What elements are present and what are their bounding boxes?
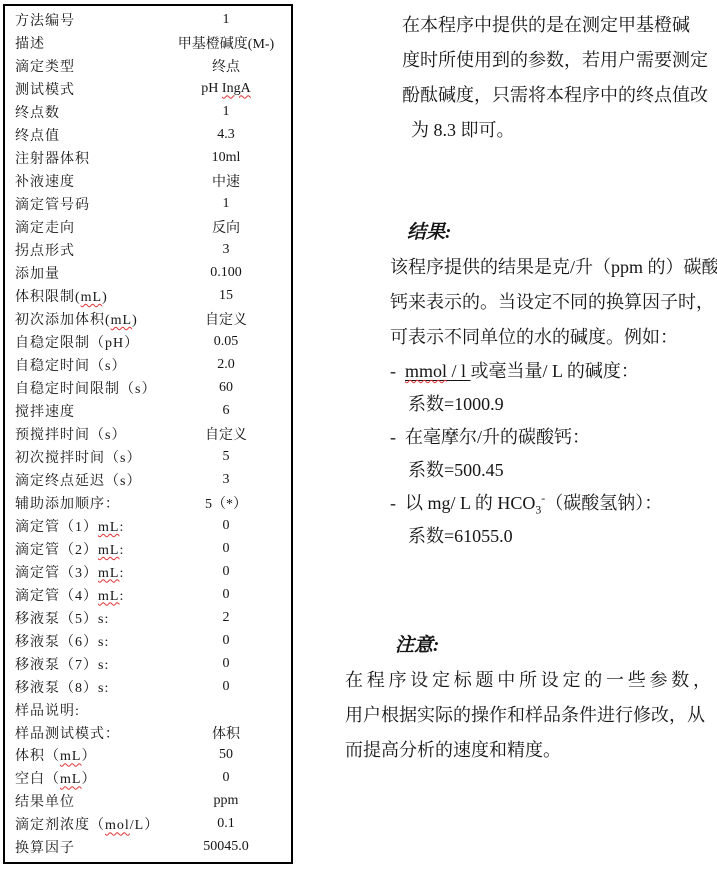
text-segment: 移液泵（8）s: xyxy=(15,681,109,696)
bullet-text: 在毫摩尔/升的碳酸钙： xyxy=(405,421,590,454)
text-segment: 6 xyxy=(223,403,230,418)
text-segment: pH xyxy=(201,81,222,96)
note-section: 注意: 在程序设定标题中所设定的一些参数，用户根据实际的操作和样品条件进行修改，… xyxy=(345,628,711,768)
table-row: 移液泵（7）s:0 xyxy=(15,652,289,675)
text-segment: 0 xyxy=(223,633,230,648)
text-segment: 结果单位 xyxy=(15,795,75,810)
text-segment: 滴定管号码 xyxy=(15,198,90,213)
text-segment: 搅拌速度 xyxy=(15,405,75,420)
text-segment: 滴定管（2） xyxy=(15,543,98,558)
parameter-label: 滴定管（1）mL: xyxy=(15,516,163,536)
text-segment: 1 xyxy=(223,104,230,119)
text-segment: 0 xyxy=(223,770,230,785)
text-segment: 空白（ xyxy=(15,772,60,787)
text-segment: : xyxy=(119,543,124,558)
text-segment: 体积（ xyxy=(15,749,60,764)
parameter-value: 中速 xyxy=(163,171,289,191)
text-segment: mL xyxy=(60,749,81,764)
table-row: 初次添加体积(mL)自定义 xyxy=(15,308,289,331)
parameter-value: pH IngA xyxy=(163,81,289,97)
text-segment: ppm xyxy=(214,793,239,808)
parameter-value: 0 xyxy=(163,518,289,534)
text-segment: 滴定走向 xyxy=(15,221,75,236)
parameter-label: 滴定管（2）mL: xyxy=(15,539,163,559)
text-segment: 滴定管（4） xyxy=(15,589,98,604)
parameter-value: 0 xyxy=(163,564,289,580)
text-segment: 0.05 xyxy=(214,334,239,349)
table-row: 滴定管（3）mL:0 xyxy=(15,560,289,583)
text-segment: 移液泵（6）s: xyxy=(15,635,109,650)
results-section: 结果: 该程序提供的结果是克/升（ppm 的）碳酸钙来表示的。当设定不同的换算因… xyxy=(345,215,711,553)
text-segment: ） xyxy=(81,772,96,787)
parameter-value: 终点 xyxy=(163,56,289,76)
text-segment: 2.0 xyxy=(217,357,235,372)
table-row: 样品测试模式：体积 xyxy=(15,721,289,744)
text-line: 用户根据实际的操作和样品条件进行修改，从 xyxy=(345,698,711,733)
parameter-label: 移液泵（8）s: xyxy=(15,677,163,697)
note-heading: 注意: xyxy=(395,628,711,663)
document-page: 方法编号1描述甲基橙碱度(M-)滴定类型终点测试模式pH IngA终点数1终点值… xyxy=(0,0,717,871)
table-row: 注射器体积10ml xyxy=(15,147,289,170)
parameter-value: 0 xyxy=(163,770,289,786)
bullet-text: mmol / l 或毫当量/ L 的碱度： xyxy=(405,355,639,388)
table-row: 滴定管（2）mL:0 xyxy=(15,537,289,560)
text-segment: 自稳定限制（pH） xyxy=(15,336,139,351)
table-row: 滴定终点延迟（s）3 xyxy=(15,468,289,491)
text-line: 酚酞碱度，只需将本程序中的终点值改 xyxy=(402,78,711,113)
parameter-label: 终点数 xyxy=(15,102,163,122)
parameter-label: 补液速度 xyxy=(15,171,163,191)
text-segment: 甲基橙碱度(M-) xyxy=(178,37,274,52)
parameter-value: 5（*） xyxy=(163,493,289,513)
parameter-value: 0 xyxy=(163,633,289,649)
parameter-label: 滴定剂浓度（mol/L） xyxy=(15,814,163,834)
text-segment: mmol xyxy=(405,361,447,381)
text-segment: 初次添加体积( xyxy=(15,313,111,328)
parameter-label: 滴定终点延迟（s） xyxy=(15,470,163,490)
text-line: 钙来表示的。当设定不同的换算因子时， xyxy=(390,285,711,320)
text-segment: / l xyxy=(447,361,471,381)
parameter-label: 滴定走向 xyxy=(15,217,163,237)
parameter-label: 方法编号 xyxy=(15,10,163,30)
parameter-value: 自定义 xyxy=(163,309,289,329)
table-row: 滴定管（4）mL:0 xyxy=(15,583,289,606)
parameter-label: 描述 xyxy=(15,33,163,53)
table-row: 滴定管号码1 xyxy=(15,193,289,216)
parameter-value: 0 xyxy=(163,541,289,557)
text-segment: mL xyxy=(81,290,102,305)
text-segment: 终点值 xyxy=(15,129,60,144)
parameter-label: 样品测试模式： xyxy=(15,723,163,743)
text-segment: 自稳定时间（s） xyxy=(15,359,126,374)
parameter-label: 添加量 xyxy=(15,263,163,283)
parameter-label: 样品说明: xyxy=(15,700,163,720)
text-line: 该程序提供的结果是克/升（ppm 的）碳酸 xyxy=(390,250,711,285)
parameter-value: 2.0 xyxy=(163,357,289,373)
text-segment: 滴定剂浓度（ xyxy=(15,818,105,833)
text-segment: 预搅拌时间（s） xyxy=(15,428,126,443)
table-row: 体积（mL）50 xyxy=(15,744,289,767)
table-row: 辅助添加顺序：5（*） xyxy=(15,491,289,514)
parameter-value: 0.05 xyxy=(163,334,289,350)
parameter-value: 0 xyxy=(163,656,289,672)
parameter-value: 50045.0 xyxy=(163,839,289,855)
table-row: 滴定走向反向 xyxy=(15,216,289,239)
table-row: 换算因子50045.0 xyxy=(15,836,289,859)
results-heading: 结果: xyxy=(407,215,711,250)
parameter-value: ppm xyxy=(163,793,289,809)
coefficient-line: 系数=61055.0 xyxy=(408,520,711,553)
parameter-label: 移液泵（6）s: xyxy=(15,631,163,651)
text-segment: 添加量 xyxy=(15,267,60,282)
bullet-marker: - xyxy=(390,355,405,388)
results-bullets: -mmol / l 或毫当量/ L 的碱度：系数=1000.9-在毫摩尔/升的碳… xyxy=(390,355,711,553)
text-segment: 移液泵（5）s: xyxy=(15,612,109,627)
coefficient-line: 系数=500.45 xyxy=(408,454,711,487)
text-segment: 15 xyxy=(219,288,233,303)
text-segment: 初次搅拌时间（s） xyxy=(15,451,141,466)
parameter-label: 滴定类型 xyxy=(15,56,163,76)
results-paragraph: 该程序提供的结果是克/升（ppm 的）碳酸钙来表示的。当设定不同的换算因子时，可… xyxy=(390,250,711,355)
text-line: 在程序设定标题中所设定的一些参数， xyxy=(345,663,711,698)
parameter-label: 初次添加体积(mL) xyxy=(15,309,163,329)
text-segment: 反向 xyxy=(212,221,240,236)
text-segment: 10ml xyxy=(212,150,241,165)
parameter-label: 体积（mL） xyxy=(15,745,163,765)
text-segment: 0.100 xyxy=(210,265,242,280)
text-segment: 中速 xyxy=(212,175,240,190)
table-row: 结果单位ppm xyxy=(15,790,289,813)
parameter-label: 移液泵（5）s: xyxy=(15,608,163,628)
table-row: 滴定管（1）mL:0 xyxy=(15,514,289,537)
text-segment: 移液泵（7）s: xyxy=(15,658,109,673)
parameter-value: 甲基橙碱度(M-) xyxy=(163,33,289,53)
parameter-label: 注射器体积 xyxy=(15,148,163,168)
parameter-value: 自定义 xyxy=(163,424,289,444)
table-row: 添加量0.100 xyxy=(15,262,289,285)
parameter-label: 自稳定限制（pH） xyxy=(15,332,163,352)
text-segment: 自定义 xyxy=(205,428,247,443)
text-segment: ） xyxy=(81,749,96,764)
parameter-value: 1 xyxy=(163,104,289,120)
table-row: 终点值4.3 xyxy=(15,124,289,147)
parameter-label: 预搅拌时间（s） xyxy=(15,424,163,444)
text-segment: 50045.0 xyxy=(203,839,249,854)
table-row: 拐点形式3 xyxy=(15,239,289,262)
text-segment: 0 xyxy=(223,679,230,694)
text-segment: 测试模式 xyxy=(15,83,75,98)
text-segment: 60 xyxy=(219,380,233,395)
bullet-marker: - xyxy=(390,421,405,454)
text-segment: 终点 xyxy=(212,60,240,75)
parameter-label: 换算因子 xyxy=(15,837,163,857)
parameter-label: 拐点形式 xyxy=(15,240,163,260)
text-segment: 3 xyxy=(223,242,230,257)
parameter-value: 5 xyxy=(163,449,289,465)
text-line: 度时所使用到的参数，若用户需要测定 xyxy=(402,43,711,78)
note-paragraph: 在程序设定标题中所设定的一些参数，用户根据实际的操作和样品条件进行修改，从而提高… xyxy=(345,663,711,768)
text-segment: mL xyxy=(98,520,119,535)
bullet-item: -在毫摩尔/升的碳酸钙： xyxy=(390,421,711,454)
parameter-label: 结果单位 xyxy=(15,791,163,811)
coefficient-line: 系数=1000.9 xyxy=(408,388,711,421)
text-segment: mL xyxy=(98,566,119,581)
parameter-value: 0.100 xyxy=(163,265,289,281)
parameter-label: 自稳定时间（s） xyxy=(15,355,163,375)
parameter-value: 1 xyxy=(163,12,289,28)
parameter-value: 10ml xyxy=(163,150,289,166)
text-segment: 辅助添加顺序： xyxy=(15,497,120,512)
text-segment: 0 xyxy=(223,564,230,579)
parameter-label: 测试模式 xyxy=(15,79,163,99)
table-row: 滴定类型终点 xyxy=(15,55,289,78)
table-row: 补液速度中速 xyxy=(15,170,289,193)
text-segment: 滴定终点延迟（s） xyxy=(15,474,141,489)
text-segment: 4.3 xyxy=(217,127,235,142)
parameter-value: 1 xyxy=(163,196,289,212)
description-column: 在本程序中提供的是在测定甲基橙碱度时所使用到的参数，若用户需要测定酚酞碱度，只需… xyxy=(345,0,711,768)
parameter-value: 体积 xyxy=(163,723,289,743)
text-segment: 样品说明: xyxy=(15,704,80,719)
text-line: 为 8.3 即可。 xyxy=(402,113,711,148)
text-segment: 在毫摩尔/升的碳酸钙： xyxy=(405,427,590,447)
parameter-label: 滴定管（4）mL: xyxy=(15,585,163,605)
parameter-label: 滴定管号码 xyxy=(15,194,163,214)
parameter-label: 辅助添加顺序： xyxy=(15,493,163,513)
table-row: 自稳定时间限制（s）60 xyxy=(15,377,289,400)
table-row: 自稳定时间（s）2.0 xyxy=(15,354,289,377)
text-segment: （碳酸氢钠）： xyxy=(545,493,662,513)
text-segment: /L） xyxy=(130,818,159,833)
text-line: 可表示不同单位的水的碱度。例如： xyxy=(390,320,711,355)
parameter-value: 2 xyxy=(163,610,289,626)
text-segment: : xyxy=(119,589,124,604)
text-segment: 描述 xyxy=(15,37,45,52)
parameter-value: 50 xyxy=(163,747,289,763)
text-segment: 0.1 xyxy=(217,816,235,831)
bullet-marker: - xyxy=(390,487,405,520)
parameter-value: 3 xyxy=(163,242,289,258)
table-row: 测试模式pH IngA xyxy=(15,78,289,101)
table-row: 终点数1 xyxy=(15,101,289,124)
parameter-value: 15 xyxy=(163,288,289,304)
text-segment: 2 xyxy=(223,610,230,625)
text-segment: 注射器体积 xyxy=(15,152,90,167)
text-segment: 自定义 xyxy=(205,313,247,328)
text-segment: IngA xyxy=(222,81,251,96)
text-segment: mL xyxy=(60,772,81,787)
intro-paragraph: 在本程序中提供的是在测定甲基橙碱度时所使用到的参数，若用户需要测定酚酞碱度，只需… xyxy=(402,8,711,148)
text-segment: : xyxy=(119,520,124,535)
table-row: 自稳定限制（pH）0.05 xyxy=(15,331,289,354)
table-row: 搅拌速度6 xyxy=(15,399,289,422)
text-segment: mL xyxy=(111,313,132,328)
text-segment: ) xyxy=(132,313,138,328)
text-segment: 5 xyxy=(223,449,230,464)
text-segment: 拐点形式 xyxy=(15,244,75,259)
table-row: 初次搅拌时间（s）5 xyxy=(15,445,289,468)
parameter-value: 0.1 xyxy=(163,816,289,832)
text-segment: : xyxy=(119,566,124,581)
parameter-value: 4.3 xyxy=(163,127,289,143)
parameter-label: 滴定管（3）mL: xyxy=(15,562,163,582)
text-segment: 0 xyxy=(223,656,230,671)
text-segment: 滴定管（1） xyxy=(15,520,98,535)
parameter-value: 反向 xyxy=(163,217,289,237)
text-segment: 以 mg/ L 的 HCO xyxy=(405,493,535,513)
table-row: 滴定剂浓度（mol/L）0.1 xyxy=(15,813,289,836)
text-segment: 体积限制( xyxy=(15,290,81,305)
table-row: 样品说明: xyxy=(15,698,289,721)
text-segment: 方法编号 xyxy=(15,14,75,29)
parameter-value: 0 xyxy=(163,679,289,695)
parameter-label: 移液泵（7）s: xyxy=(15,654,163,674)
parameter-value: 3 xyxy=(163,472,289,488)
parameter-value: 60 xyxy=(163,380,289,396)
table-row: 移液泵（6）s:0 xyxy=(15,629,289,652)
text-segment: 0 xyxy=(223,587,230,602)
text-segment: 换算因子 xyxy=(15,841,75,856)
parameter-label: 自稳定时间限制（s） xyxy=(15,378,163,398)
table-row: 体积限制(mL)15 xyxy=(15,285,289,308)
text-segment: mol xyxy=(105,818,130,833)
text-segment: 1 xyxy=(223,196,230,211)
parameter-label: 体积限制(mL) xyxy=(15,286,163,306)
bullet-item: -mmol / l 或毫当量/ L 的碱度： xyxy=(390,355,711,388)
text-segment: 5（*） xyxy=(205,497,247,512)
text-segment: 50 xyxy=(219,747,233,762)
table-row: 移液泵（8）s:0 xyxy=(15,675,289,698)
parameter-table: 方法编号1描述甲基橙碱度(M-)滴定类型终点测试模式pH IngA终点数1终点值… xyxy=(3,4,293,864)
table-row: 空白（mL）0 xyxy=(15,767,289,790)
table-row: 描述甲基橙碱度(M-) xyxy=(15,32,289,55)
text-segment: 自稳定时间限制（s） xyxy=(15,382,156,397)
text-segment: 样品测试模式： xyxy=(15,727,120,742)
bullet-text: 以 mg/ L 的 HCO3-（碳酸氢钠）： xyxy=(405,487,662,520)
text-segment: mL xyxy=(98,543,119,558)
table-row: 方法编号1 xyxy=(15,9,289,32)
text-segment: 滴定类型 xyxy=(15,60,75,75)
parameter-value: 0 xyxy=(163,587,289,603)
text-segment: 0 xyxy=(223,518,230,533)
bullet-item: -以 mg/ L 的 HCO3-（碳酸氢钠）： xyxy=(390,487,711,520)
table-row: 预搅拌时间（s）自定义 xyxy=(15,422,289,445)
text-segment: ) xyxy=(102,290,108,305)
text-segment: 0 xyxy=(223,541,230,556)
text-line: 在本程序中提供的是在测定甲基橙碱 xyxy=(402,8,711,43)
table-row: 移液泵（5）s:2 xyxy=(15,606,289,629)
text-segment: mL xyxy=(98,589,119,604)
text-segment: 体积 xyxy=(212,727,240,742)
text-segment: 3 xyxy=(223,472,230,487)
parameter-label: 搅拌速度 xyxy=(15,401,163,421)
text-segment: 或毫当量/ L 的碱度： xyxy=(471,361,639,381)
text-line: 而提高分析的速度和精度。 xyxy=(345,733,711,768)
text-segment: 终点数 xyxy=(15,106,60,121)
text-segment: 滴定管（3） xyxy=(15,566,98,581)
text-segment: 1 xyxy=(223,12,230,27)
parameter-value: 6 xyxy=(163,403,289,419)
parameter-label: 空白（mL） xyxy=(15,768,163,788)
parameter-label: 初次搅拌时间（s） xyxy=(15,447,163,467)
text-segment: 补液速度 xyxy=(15,175,75,190)
parameter-label: 终点值 xyxy=(15,125,163,145)
